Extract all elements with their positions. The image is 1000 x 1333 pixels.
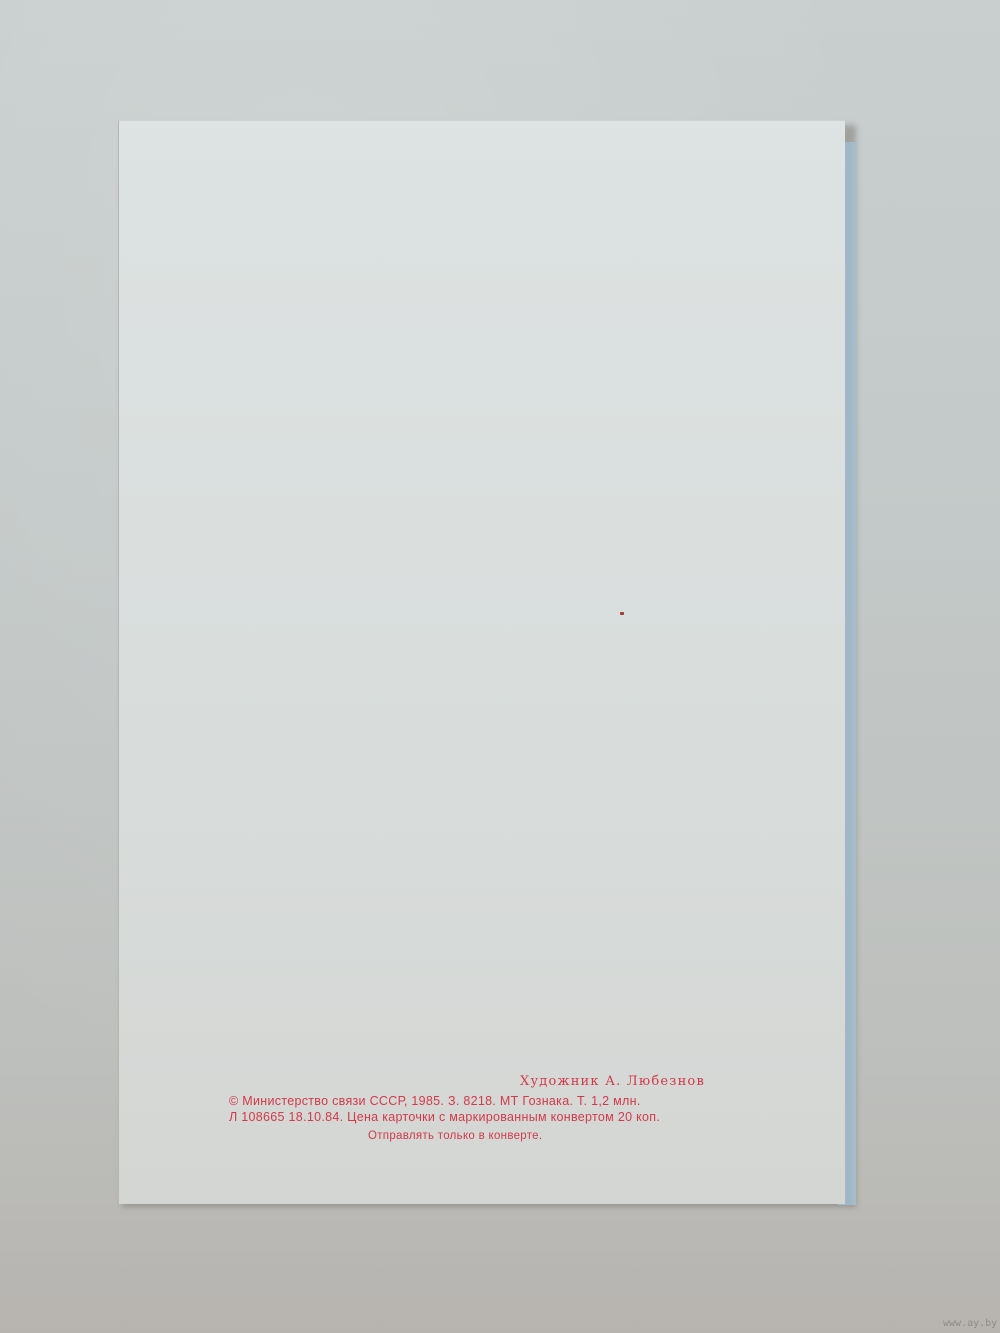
publisher-line: © Министерство связи СССР, 1985. З. 8218… (229, 1094, 641, 1108)
dust-speck (620, 612, 624, 615)
price-line: Л 108665 18.10.84. Цена карточки с марки… (229, 1110, 660, 1124)
postcard-back (118, 120, 845, 1204)
mailing-note: Отправлять только в конверте. (368, 1130, 542, 1142)
site-watermark: www.ay.by (943, 1318, 997, 1329)
artist-credit: Художник А. Любезнов (520, 1074, 705, 1089)
